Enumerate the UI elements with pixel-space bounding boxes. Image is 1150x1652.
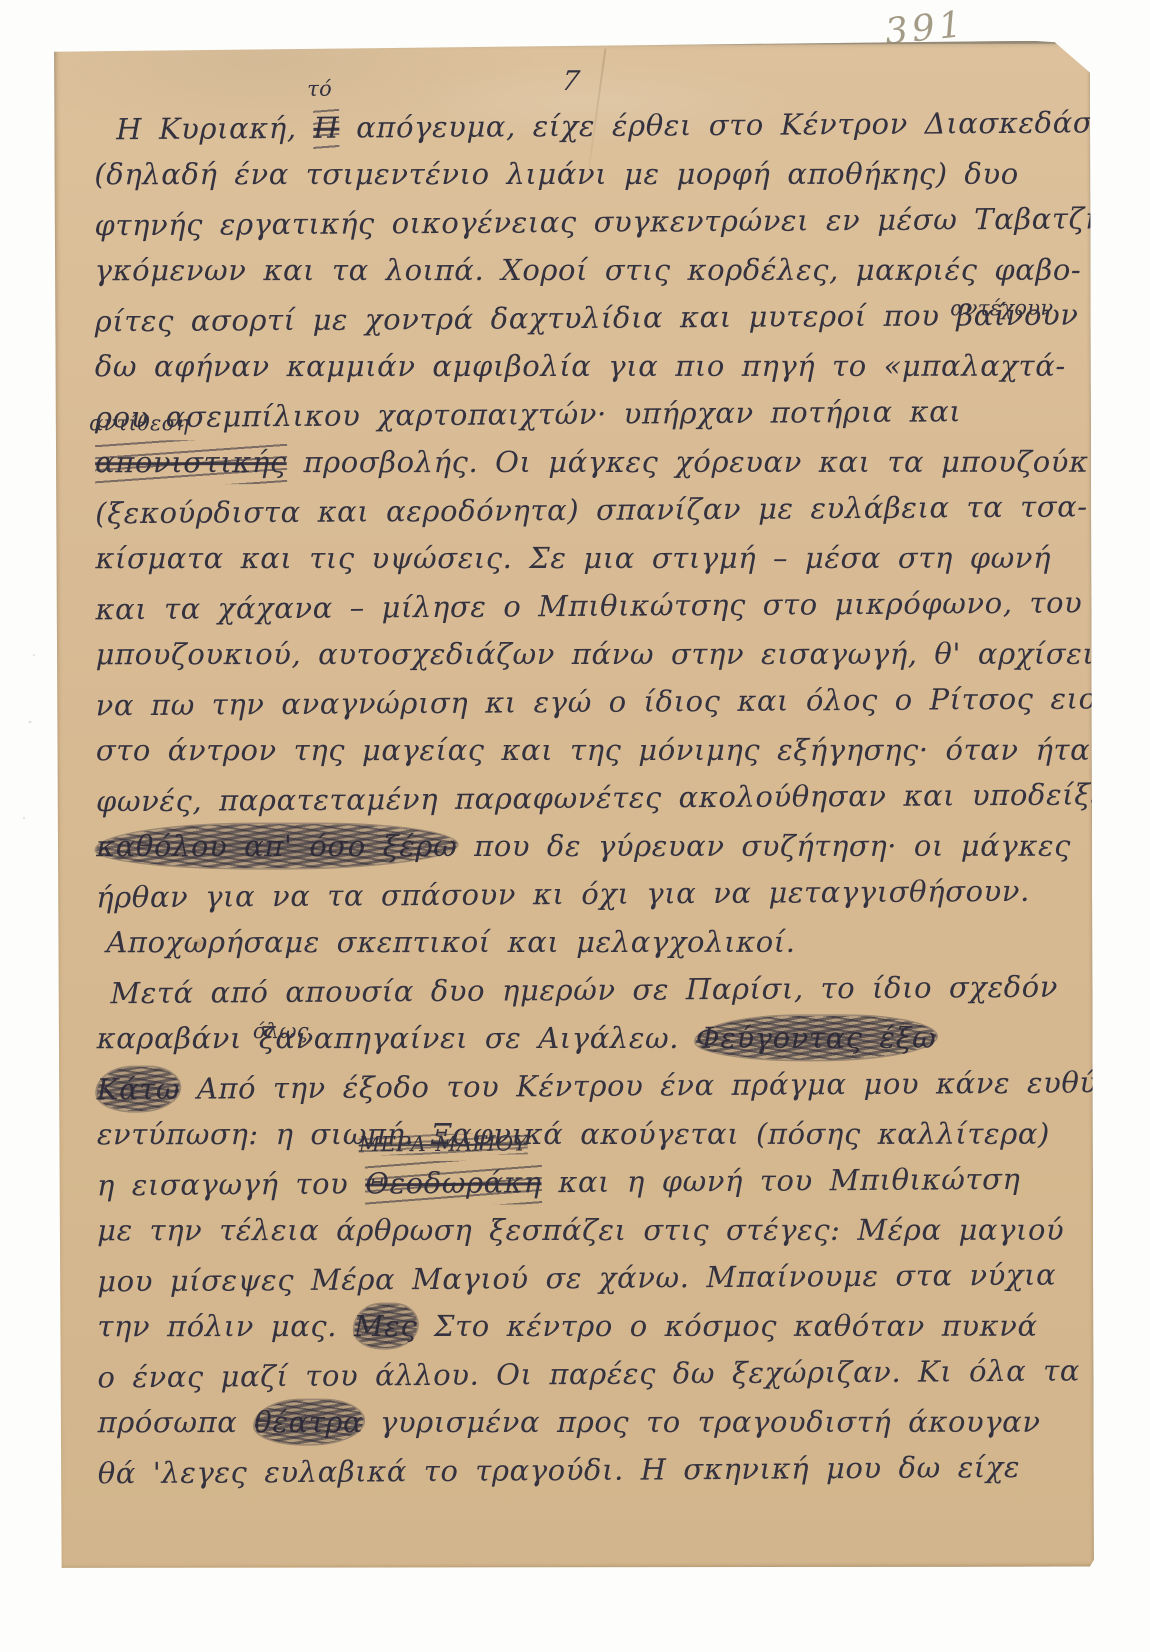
manuscript-line: Αποχωρήσαμε σκεπτικοί και μελαγχολικοί. <box>96 920 1062 969</box>
handwritten-text: με την τέλεια άρθρωση ξεσπάζει στις στέγ… <box>97 1213 1064 1248</box>
correction-anchor: Πτό <box>313 106 339 150</box>
scan-background: 7 Η Κυριακή, Πτό απόγευμα, είχε έρθει στ… <box>0 0 1150 1652</box>
manuscript-line: μπουζουκιού, αυτοσχεδιάζων πάνω στην εισ… <box>96 632 1062 681</box>
handwritten-text: κίσματα και τις υψώσεις. Σε μια στιγμή –… <box>95 541 1051 576</box>
struck-out-text: Θεοδωράκη <box>365 1160 542 1205</box>
manuscript-line: ρίτες ασορτί με χοντρά δαχτυλίδια και μυ… <box>95 293 1061 348</box>
interline-insertion: τό <box>307 79 332 100</box>
manuscript-line: Η Κυριακή, Πτό απόγευμα, είχε έρθει στο … <box>94 101 1060 156</box>
handwritten-text: απόγευμα, είχε έρθει στο Κέντρον Διασκεδ… <box>339 105 1150 145</box>
struck-out-text: Κάτω <box>97 1067 181 1112</box>
correction-anchor: θέατρα <box>254 1400 363 1444</box>
manuscript-line: φωνές, παρατεταμένη παραφωνέτες ακολούθη… <box>96 773 1062 828</box>
handwritten-text: στο άντρον της μαγείας και της μόνιμης ε… <box>96 733 1109 768</box>
manuscript-line: απονιστικήςαντίθεση προσβολής. Οι μάγκες… <box>95 440 1061 489</box>
manuscript-line: Μετά από απουσία δυο ημερών σε Παρίσι, τ… <box>96 965 1062 1020</box>
struck-out-text: θέατρα <box>254 1400 363 1444</box>
handwritten-text: πρόσωπα <box>98 1405 255 1439</box>
manuscript-line: την πόλιν μας. Μες Στο κέντρο ο κόσμος κ… <box>97 1304 1063 1353</box>
handwritten-text: μπουζουκιού, αυτοσχεδιάζων πάνω στην εισ… <box>96 637 1095 672</box>
manuscript-line: (δηλαδή ένα τσιμεντένιο λιμάνι με μορφή … <box>94 152 1060 201</box>
manuscript-line: καραβάνι όλωςξαναπηγαίνει σε Αιγάλεω. Φε… <box>97 1016 1063 1065</box>
handwritten-text: φωνές, παρατεταμένη παραφωνέτες ακολούθη… <box>96 777 1136 818</box>
handwritten-text: Στο κέντρο ο κόσμος καθόταν πυκνά <box>417 1309 1037 1343</box>
correction-anchor: Κάτω <box>97 1067 181 1112</box>
handwritten-text: η εισαγωγή του <box>97 1166 365 1202</box>
manuscript-line: ήρθαν για να τα σπάσουν κι όχι για να με… <box>96 869 1062 924</box>
handwritten-text: δω αφήναν καμμιάν αμφιβολία για πιο πηγή… <box>95 349 1066 384</box>
handwritten-text: και τα χάχανα – μίλησε ο Μπιθικώτσης στο… <box>95 585 1082 626</box>
manuscript-line: ο ένας μαζί του άλλου. Οι παρέες δω ξεχώ… <box>97 1349 1063 1404</box>
handwritten-text: θά 'λεγες ευλαβικά το τραγούδι. Η σκηνικ… <box>98 1450 1021 1490</box>
struck-out-text: Π <box>313 106 339 150</box>
manuscript-line: ρου ασεμπίλικου χαρτοπαιχτών· υπήρχαν πο… <box>95 389 1061 444</box>
manuscript-line: κίσματα και τις υψώσεις. Σε μια στιγμή –… <box>95 536 1061 585</box>
correction-anchor: ΘεοδωράκηΜΕΡΑ ΜΑΓΙΟΥ <box>365 1160 542 1205</box>
interline-insertion: αντέχουν <box>950 298 1053 320</box>
handwritten-text: προσβολής. Οι μάγκες χόρευαν και τα μπου… <box>287 445 1121 479</box>
manuscript-line: μου μίσεψες Μέρα Μαγιού σε χάνω. Μπαίνου… <box>97 1253 1063 1308</box>
struck-out-text: απονιστικής <box>95 440 287 484</box>
handwritten-text: (δηλαδή ένα τσιμεντένιο λιμάνι με μορφή … <box>94 157 1018 191</box>
manuscript-line: καθόλου απ' όσο ξέρω που δε γύρευαν συζή… <box>96 824 1062 873</box>
handwritten-text: Η Κυριακή, <box>116 111 313 146</box>
manuscript-line: με την τέλεια άρθρωση ξεσπάζει στις στέγ… <box>97 1208 1063 1257</box>
manuscript-line: και τα χάχανα – μίλησε ο Μπιθικώτσης στο… <box>95 581 1061 636</box>
interline-insertion: αντίθεση <box>89 413 189 434</box>
corner-number-pencil: 391 <box>883 4 968 53</box>
handwritten-text: γκόμενων και τα λοιπά. Χοροί στις κορδέλ… <box>95 253 1082 288</box>
manuscript-line: φτηνής εργατικής οικογένειας συγκεντρώνε… <box>94 197 1060 252</box>
handwritten-text: που δε γύρευαν συζήτηση· οι μάγκες <box>457 829 1071 863</box>
manuscript-line: πρόσωπα θέατρα γυρισμένα προς το τραγουδ… <box>98 1400 1064 1449</box>
handwritten-text: Μετά από απουσία δυο ημερών σε Παρίσι, τ… <box>110 970 1058 1011</box>
handwritten-text: ήρθαν για να τα σπάσουν κι όχι για να με… <box>96 874 1030 915</box>
manuscript-line: δω αφήναν καμμιάν αμφιβολία για πιο πηγή… <box>95 344 1061 393</box>
handwritten-text: μου μίσεψες Μέρα Μαγιού σε χάνω. Μπαίνου… <box>97 1258 1056 1299</box>
handwritten-text: Από την έξοδο του Κέντρου ένα πράγμα μου… <box>180 1065 1115 1106</box>
manuscript-lines: Η Κυριακή, Πτό απόγευμα, είχε έρθει στο … <box>94 103 1064 1498</box>
manuscript-line: (ξεκούρδιστα και αεροδόνητα) σπανίζαν με… <box>95 485 1061 540</box>
struck-out-text: καθόλου απ' όσο ξέρω <box>96 824 457 868</box>
manuscript-line: Κάτω Από την έξοδο του Κέντρου ένα πράγμ… <box>97 1061 1063 1116</box>
handwritten-text: φτηνής εργατικής οικογένειας συγκεντρώνε… <box>94 201 1150 243</box>
handwritten-text: ρου ασεμπίλικου χαρτοπαιχτών· υπήρχαν πο… <box>95 394 962 434</box>
interline-insertion-struck: ΜΕΡΑ ΜΑΓΙΟΥ <box>359 1133 528 1155</box>
page-number: 7 <box>560 66 581 97</box>
correction-anchor: Μες <box>354 1304 417 1348</box>
correction-anchor: απονιστικήςαντίθεση <box>95 440 287 484</box>
interline-insertion: όλως <box>253 1021 309 1042</box>
manuscript-line: εντύπωση: η σιωπή. Ξαφνικά ακούγεται (πό… <box>97 1112 1063 1161</box>
manuscript-line: θά 'λεγες ευλαβικά το τραγούδι. Η σκηνικ… <box>98 1445 1064 1500</box>
handwritten-text: γυρισμένα προς το τραγουδιστή άκουγαν <box>363 1405 1040 1439</box>
struck-out-text: Μες <box>354 1304 417 1348</box>
handwritten-text: ο ένας μαζί του άλλου. Οι παρέες δω ξεχώ… <box>97 1353 1080 1394</box>
handwritten-text: εντύπωση: η σιωπή. Ξαφνικά ακούγεται (πό… <box>97 1117 1050 1151</box>
handwritten-text: (ξεκούρδιστα και αεροδόνητα) σπανίζαν με… <box>95 489 1088 530</box>
handwritten-text: ρίτες ασορτί με χοντρά δαχτυλίδια και μυ… <box>95 298 957 338</box>
handwritten-text: και η φωνή του Μπιθικώτση <box>541 1162 1020 1199</box>
handwritten-text: καραβάνι <box>97 1021 259 1055</box>
handwritten-text: την πόλιν μας. <box>97 1309 354 1343</box>
manuscript-line: να πω την αναγνώριση κι εγώ ο ίδιος και … <box>96 677 1062 732</box>
manuscript-line: γκόμενων και τα λοιπά. Χοροί στις κορδέλ… <box>95 248 1061 297</box>
manuscript-paper: 7 Η Κυριακή, Πτό απόγευμα, είχε έρθει στ… <box>54 41 1094 1570</box>
handwritten-text: ξαναπηγαίνει σε Αιγάλεω. <box>259 1021 696 1055</box>
correction-anchor: καθόλου απ' όσο ξέρω <box>96 824 457 868</box>
manuscript-line: στο άντρον της μαγείας και της μόνιμης ε… <box>96 728 1062 777</box>
manuscript-line: η εισαγωγή του ΘεοδωράκηΜΕΡΑ ΜΑΓΙΟΥ και … <box>97 1157 1063 1212</box>
struck-out-text: Φεύγοντας έξω <box>696 1016 936 1060</box>
handwritten-text: Αποχωρήσαμε σκεπτικοί και μελαγχολικοί. <box>106 925 795 959</box>
handwritten-text: να πω την αναγνώριση κι εγώ ο ίδιος και … <box>96 681 1150 723</box>
